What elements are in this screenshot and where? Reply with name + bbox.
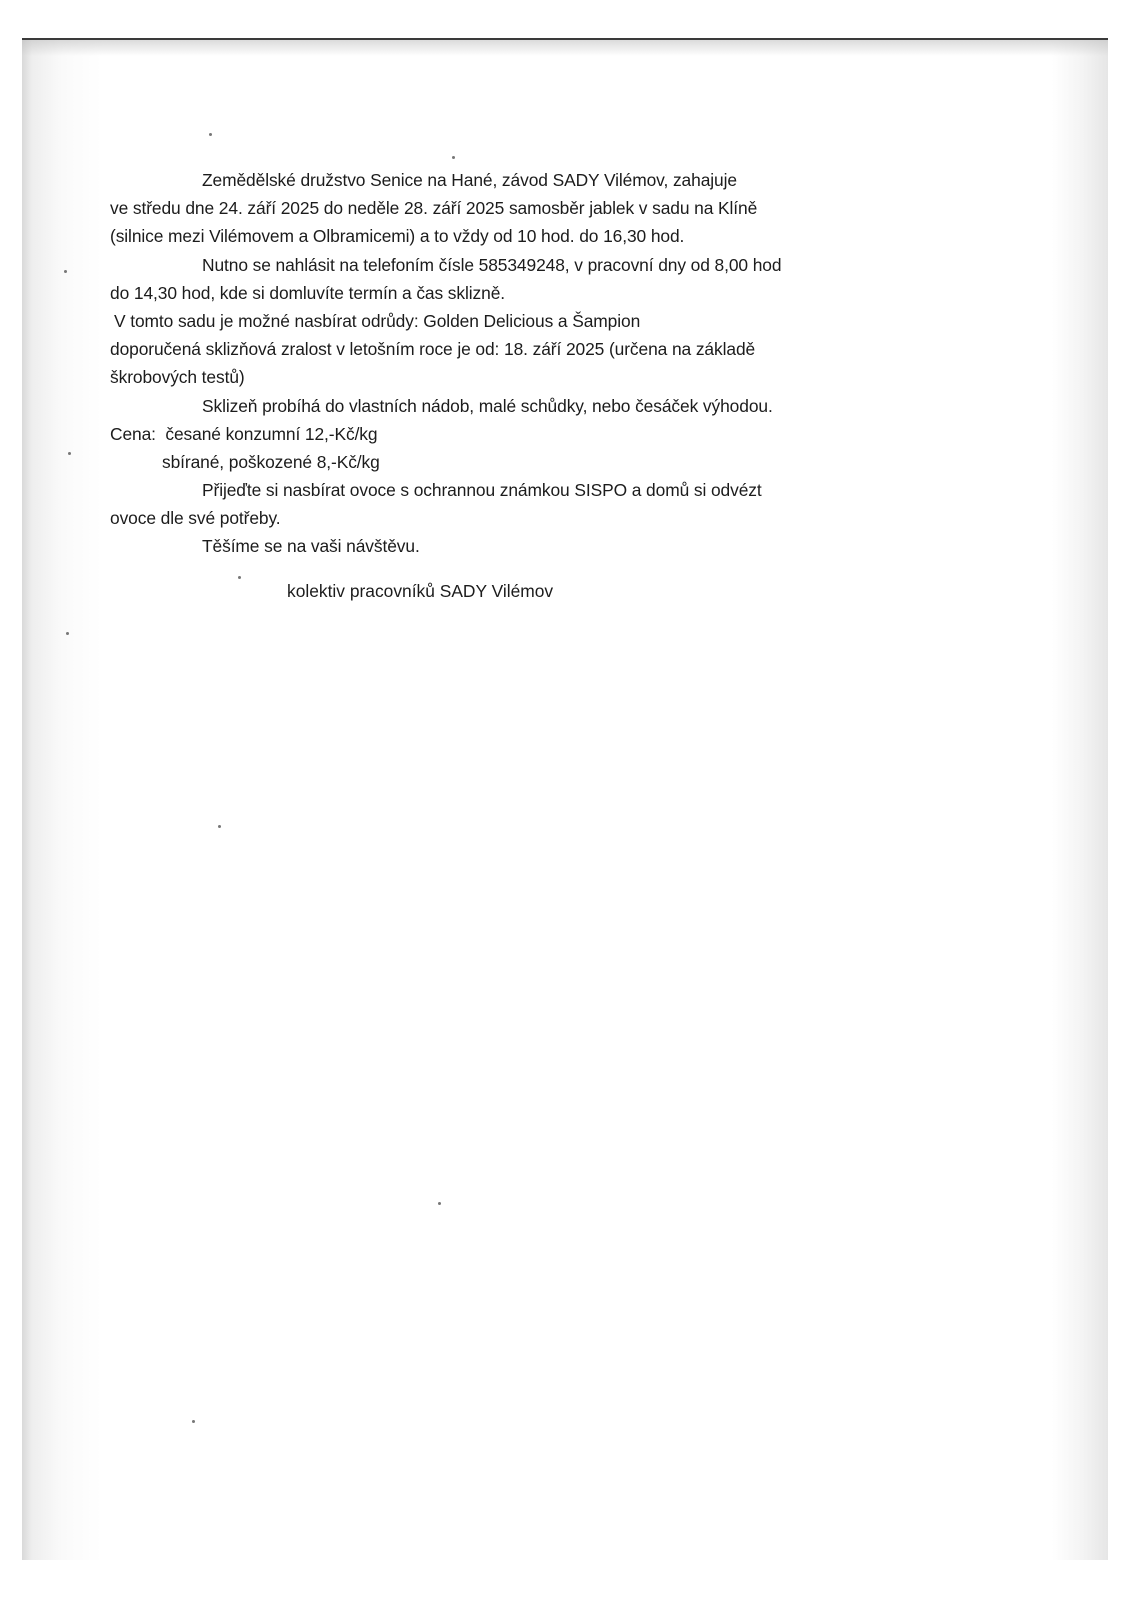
price-line: Cena: česané konzumní 12,-Kč/kg — [110, 420, 890, 448]
paragraph-line: škrobových testů) — [110, 363, 890, 391]
paragraph-line: Přijeďte si nasbírat ovoce s ochrannou z… — [110, 476, 890, 504]
scan-speck — [68, 452, 71, 455]
paragraph-line: ve středu dne 24. září 2025 do neděle 28… — [110, 194, 890, 222]
paragraph-line: Zemědělské družstvo Senice na Hané, závo… — [110, 166, 890, 194]
scan-speck — [218, 825, 221, 828]
scan-speck — [438, 1202, 441, 1205]
paragraph-line: Sklizeň probíhá do vlastních nádob, malé… — [110, 392, 890, 420]
price-line: sbírané, poškozené 8,-Kč/kg — [110, 448, 890, 476]
scan-speck — [66, 632, 69, 635]
scan-speck — [64, 270, 67, 273]
scan-speck — [238, 576, 241, 579]
paragraph-line: ovoce dle své potřeby. — [110, 504, 890, 532]
paragraph-line: Nutno se nahlásit na telefoním čísle 585… — [110, 251, 890, 279]
closing-line: Těšíme se na vaši návštěvu. — [110, 532, 890, 560]
scan-speck — [192, 1420, 195, 1423]
scan-speck — [452, 156, 455, 159]
paragraph-line: (silnice mezi Vilémovem a Olbramicemi) a… — [110, 222, 890, 250]
paragraph-line: V tomto sadu je možné nasbírat odrůdy: G… — [110, 307, 890, 335]
paragraph-line: doporučená sklizňová zralost v letošním … — [110, 335, 890, 363]
scan-speck — [209, 133, 212, 136]
paragraph-line: do 14,30 hod, kde si domluvíte termín a … — [110, 279, 890, 307]
signature: kolektiv pracovníků SADY Vilémov — [287, 581, 553, 602]
document-body: Zemědělské družstvo Senice na Hané, závo… — [110, 166, 890, 561]
